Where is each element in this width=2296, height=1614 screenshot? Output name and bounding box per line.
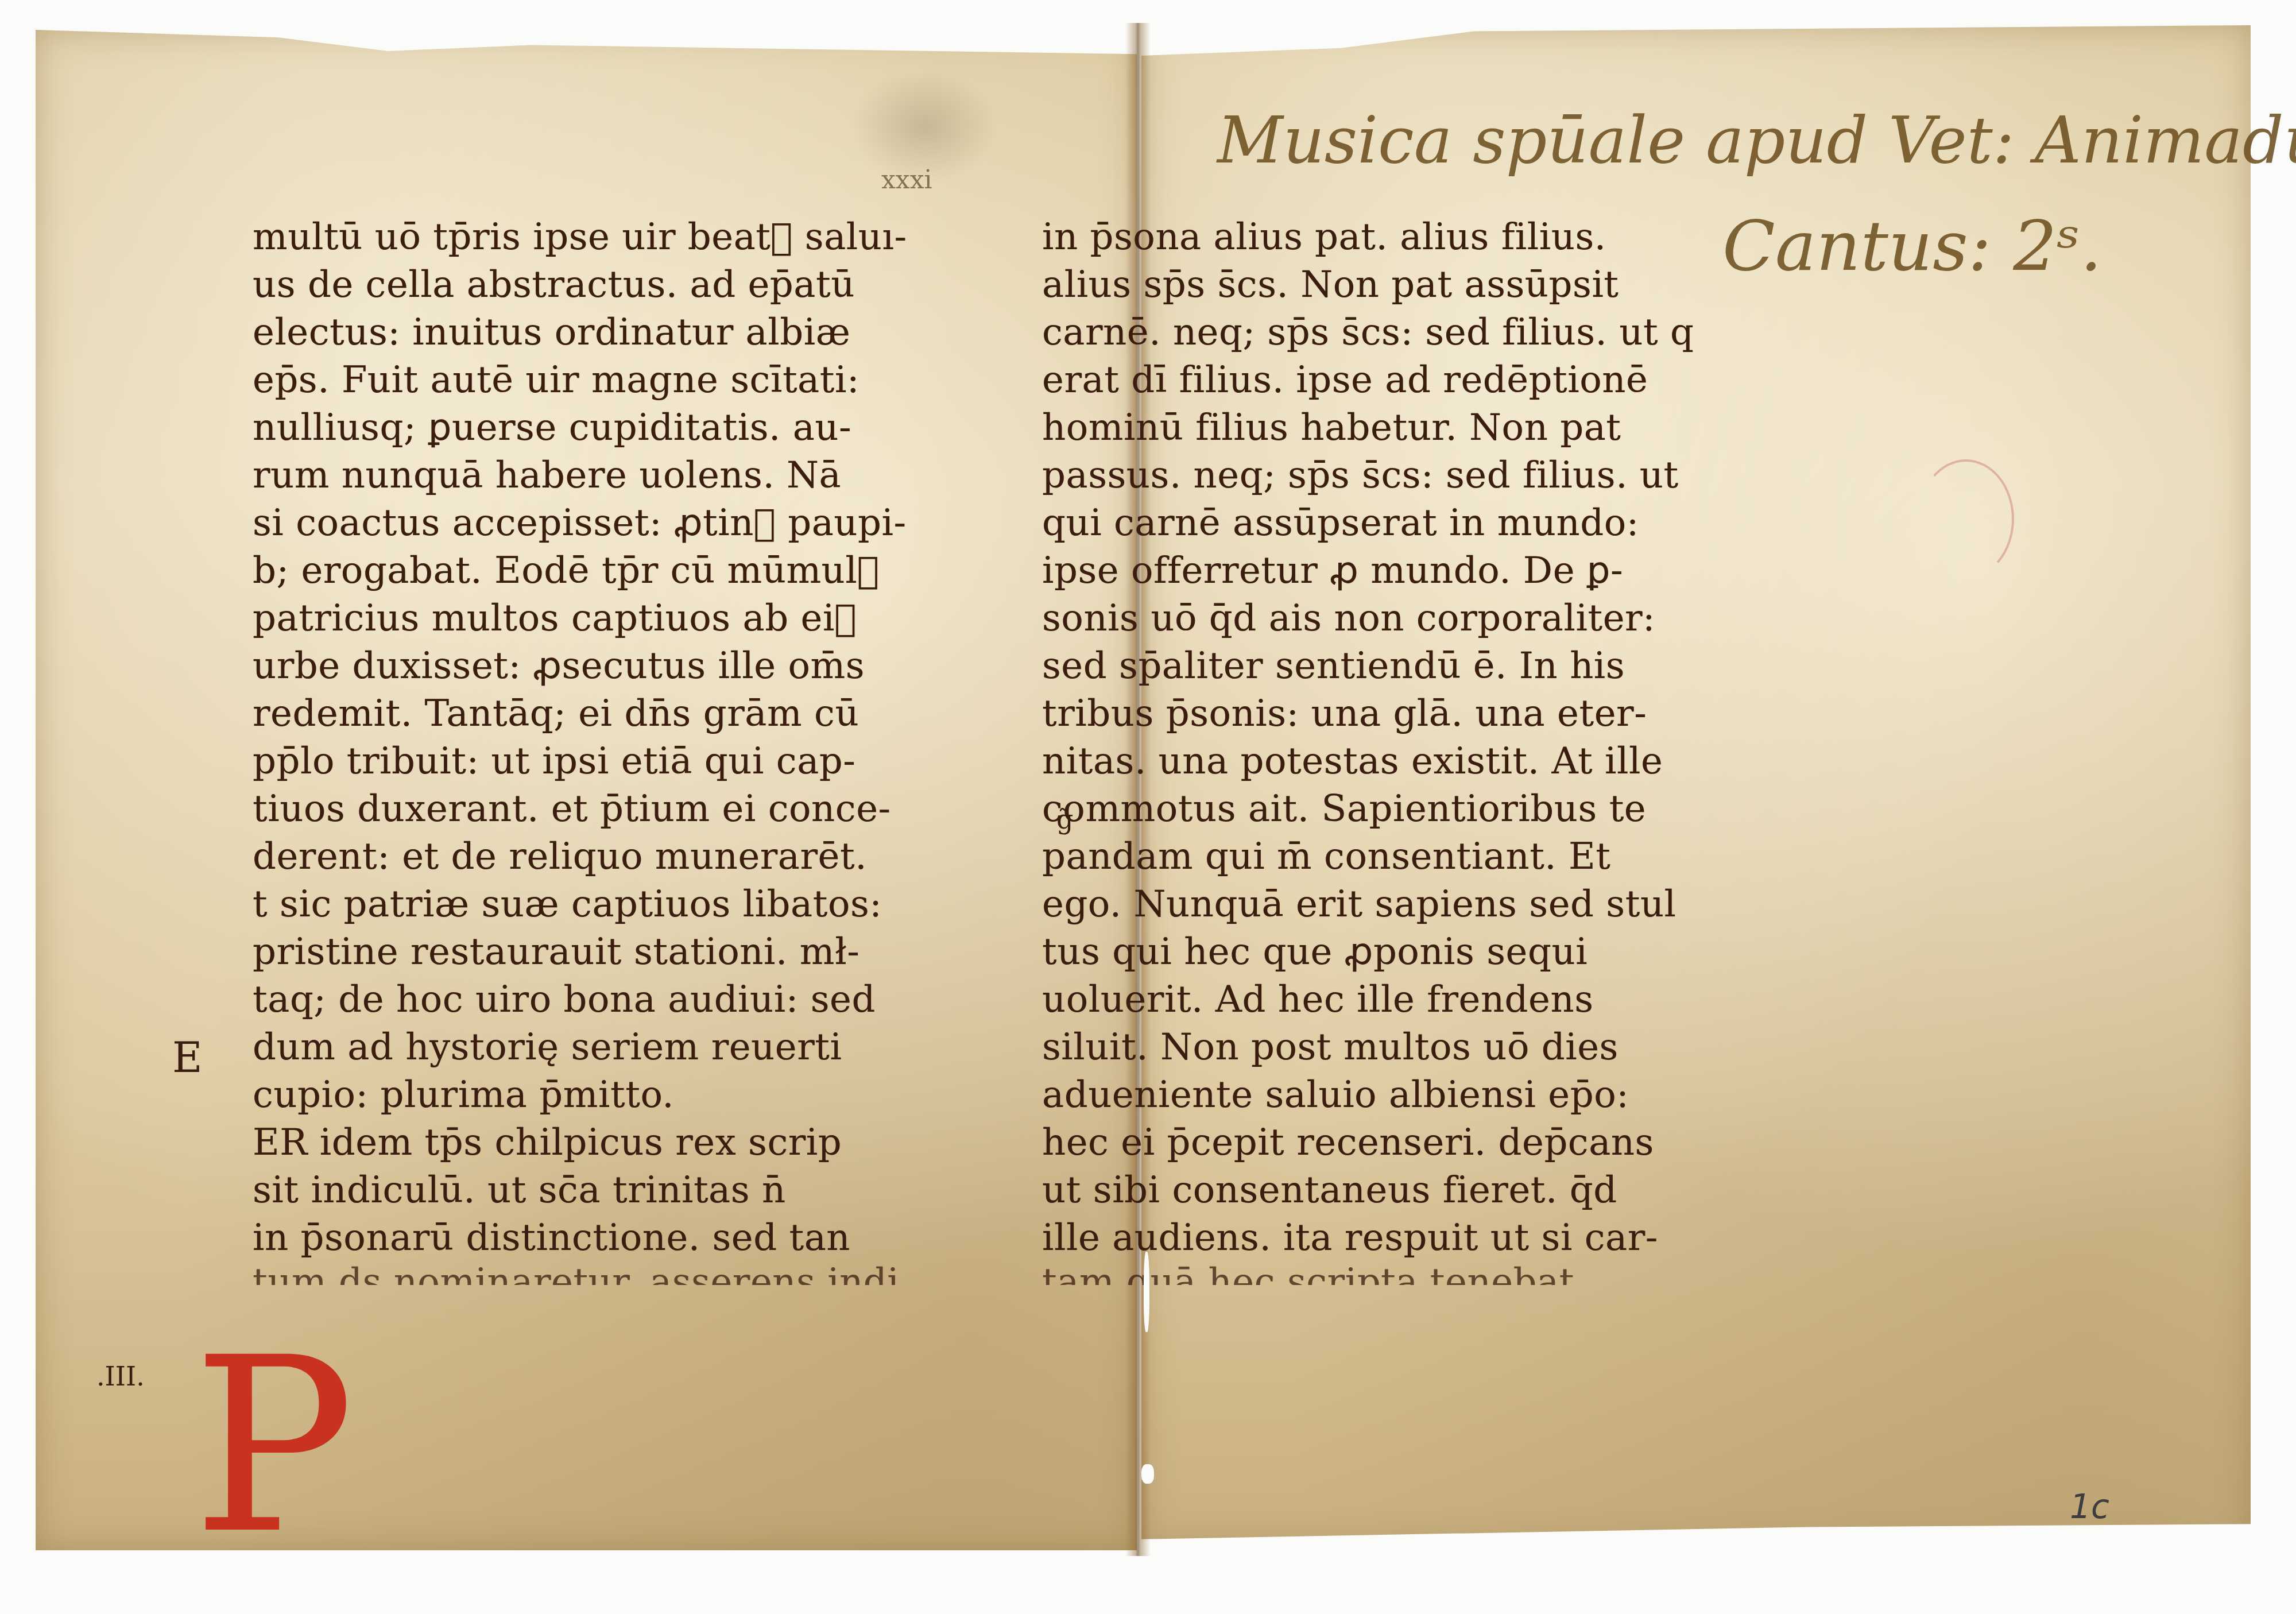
text-line: qui carnē assūpserat in mundo: bbox=[1042, 500, 1720, 547]
text-line: ego. Nunquā erit sapiens sed stul bbox=[1042, 881, 1720, 928]
text-line: siluit. Non post multos uō dies bbox=[1042, 1024, 1720, 1071]
text-line: commotus ait. Sapientioribus te bbox=[1042, 785, 1720, 833]
text-line: in p̄sona alius pat. alius filius. bbox=[1042, 214, 1720, 261]
chapter-number: .III. bbox=[96, 1361, 145, 1392]
text-line: electus: inuitus ordinatur albiæ bbox=[253, 309, 930, 357]
text-line: tiuos duxerant. et p̄tium ei conce- bbox=[253, 785, 930, 833]
text-line: hec ei p̄cepit recenseri. dep̄cans bbox=[1042, 1119, 1720, 1167]
marginal-note-top: Musica spūale apud Vet: Animadūa bbox=[1217, 103, 2296, 178]
text-line: ER idem tp̄s chilpicus rex scrip bbox=[253, 1119, 930, 1167]
parchment-tear bbox=[1144, 1252, 1149, 1332]
text-line: tribus p̄sonis: una glā. una eter- bbox=[1042, 690, 1720, 738]
text-line: passus. neq; sp̄s s̄cs: sed filius. ut bbox=[1042, 452, 1720, 500]
text-line: ut sibi consentaneus fieret. q̄d bbox=[1042, 1167, 1720, 1214]
text-line: t sic patriæ suæ captiuos libatos: bbox=[253, 881, 930, 928]
text-line: uoluerit. Ad hec ille frendens bbox=[1042, 976, 1720, 1024]
folio-number: xxxi bbox=[881, 165, 932, 195]
rubricated-initial-p: P bbox=[192, 1326, 355, 1567]
text-line: b; erogabat. Eodē tp̄r cū mūmul᷒ bbox=[253, 547, 930, 595]
text-line: taq; de hoc uiro bona audiui: sed bbox=[253, 976, 930, 1024]
text-line: si coactus accepisset: ꝓtin᷒ paupi- bbox=[253, 500, 930, 547]
marginal-sigil: g̃ bbox=[1056, 804, 1073, 835]
text-line: urbe duxisset: ꝓsecutus ille om̄s bbox=[253, 642, 930, 690]
text-line: sed sp̄aliter sentiendū ē. In his bbox=[1042, 642, 1720, 690]
text-line: us de cella abstractus. ad ep̄atū bbox=[253, 261, 930, 309]
text-line-cut: tum d̄s nominaretur. asserens indi bbox=[253, 1262, 930, 1285]
faded-stamp-mark bbox=[1918, 459, 2014, 579]
text-line: adueniente saluio albiensi ep̄o: bbox=[1042, 1071, 1720, 1119]
text-line: redemit. Tantāq; ei dn̄s grām cū bbox=[253, 690, 930, 738]
text-line: pandam qui m̄ consentiant. Et bbox=[1042, 833, 1720, 881]
text-line: pristine restaurauit stationi. mł- bbox=[253, 928, 930, 976]
text-line: sonis uō q̄d ais non corporaliter: bbox=[1042, 595, 1720, 642]
text-line: tus qui hec que ꝓponis sequi bbox=[1042, 928, 1720, 976]
marginal-note-cantus: Cantus: 2ˢ. bbox=[1722, 207, 2102, 287]
text-line: rum nunquā habere uolens. Nā bbox=[253, 452, 930, 500]
text-line: pp̄lo tribuit: ut ipsi etiā qui cap- bbox=[253, 738, 930, 785]
text-line: carnē. neq; sp̄s s̄cs: sed filius. ut q bbox=[1042, 309, 1720, 357]
text-line: ipse offerretur ꝓ mundo. De ꝑ- bbox=[1042, 547, 1720, 595]
text-line: nulliusq; ꝑuerse cupiditatis. au- bbox=[253, 404, 930, 452]
text-line: alius sp̄s s̄cs. Non pat assūpsit bbox=[1042, 261, 1720, 309]
text-line: patricius multos captiuos ab ei᷒ bbox=[253, 595, 930, 642]
pencil-foliation: 1c bbox=[2070, 1487, 2109, 1526]
text-line: ille audiens. ita respuit ut si car- bbox=[1042, 1214, 1720, 1262]
text-line: sit indiculū. ut sc̄a trinitas n̄ bbox=[253, 1167, 930, 1214]
text-line: erat dī filius. ipse ad redēptionē bbox=[1042, 357, 1720, 404]
right-text-column: in p̄sona alius pat. alius filius. alius… bbox=[1042, 214, 1720, 1285]
text-line: multū uō tp̄ris ipse uir beat᷒ saluı- bbox=[253, 214, 930, 261]
text-line: cupio: plurima p̄mitto. bbox=[253, 1071, 930, 1119]
parchment-hole bbox=[1141, 1464, 1154, 1484]
text-line: ep̄s. Fuit autē uir magne scītati: bbox=[253, 357, 930, 404]
text-line: dum ad hystorię seriem reuerti bbox=[253, 1024, 930, 1071]
left-text-column: multū uō tp̄ris ipse uir beat᷒ saluı- us… bbox=[253, 214, 930, 1285]
text-line: derent: et de reliquo munerarēt. bbox=[253, 833, 930, 881]
text-line: hominū filius habetur. Non pat bbox=[1042, 404, 1720, 452]
initial-e: E bbox=[172, 1034, 203, 1082]
text-line: nitas. una potestas existit. At ille bbox=[1042, 738, 1720, 785]
text-line: in p̄sonarū distinctione. sed tan bbox=[253, 1214, 930, 1262]
